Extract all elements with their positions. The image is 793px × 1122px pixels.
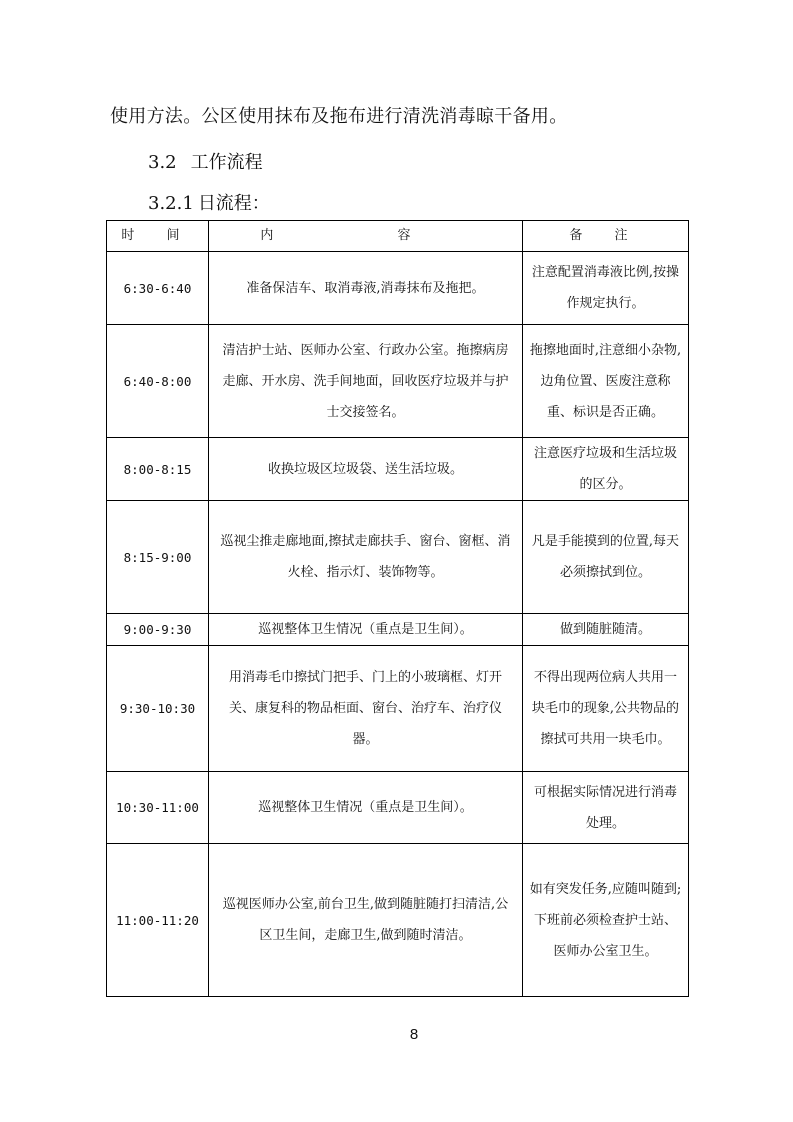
cell-content: 巡视尘推走廊地面,擦拭走廊扶手、窗台、窗框、消火栓、指示灯、装饰物等。 [209,501,523,614]
cell-content: 用消毒毛巾擦拭门把手、门上的小玻璃框、灯开关、康复科的物品柜面、窗台、治疗车、治… [209,646,523,772]
page-number: 8 [0,1026,793,1043]
cell-remark: 可根据实际情况进行消毒处理。 [523,772,689,844]
cell-content: 巡视整体卫生情况（重点是卫生间）。 [209,614,523,646]
cell-remark: 注意医疗垃圾和生活垃圾的区分。 [523,438,689,501]
section-number: 3.2 [148,152,177,173]
cell-time: 6:30-6:40 [107,252,209,325]
table-row: 8:00-8:15 收换垃圾区垃圾袋、送生活垃圾。 注意医疗垃圾和生活垃圾的区分… [107,438,689,501]
cell-time: 11:00-11:20 [107,844,209,997]
cell-content: 巡视医师办公室,前台卫生,做到随脏随打扫清洁,公区卫生间，走廊卫生,做到随时清洁… [209,844,523,997]
subsection-title: 日流程： [198,193,270,214]
cell-content: 清洁护士站、医师办公室、行政办公室。拖擦病房走廊、开水房、洗手间地面，回收医疗垃… [209,325,523,438]
cell-time: 10:30-11:00 [107,772,209,844]
table-row: 6:30-6:40 准备保洁车、取消毒液,消毒抹布及拖把。 注意配置消毒液比例,… [107,252,689,325]
table-row: 9:30-10:30 用消毒毛巾擦拭门把手、门上的小玻璃框、灯开关、康复科的物品… [107,646,689,772]
cell-time: 8:15-9:00 [107,501,209,614]
cell-remark: 不得出现两位病人共用一块毛巾的现象,公共物品的擦拭可共用一块毛巾。 [523,646,689,772]
cell-time: 6:40-8:00 [107,325,209,438]
table-header-row: 时 间 内 容 备 注 [107,221,689,252]
cell-content: 准备保洁车、取消毒液,消毒抹布及拖把。 [209,252,523,325]
table-row: 10:30-11:00 巡视整体卫生情况（重点是卫生间）。 可根据实际情况进行消… [107,772,689,844]
section-heading: 3.2工作流程 [148,148,263,174]
header-content: 内 容 [209,221,523,252]
intro-paragraph: 使用方法。公区使用抹布及拖布进行清洗消毒晾干备用。 [110,102,568,128]
cell-content: 收换垃圾区垃圾袋、送生活垃圾。 [209,438,523,501]
subsection-heading: 3.2.1日流程： [148,189,270,215]
table-row: 9:00-9:30 巡视整体卫生情况（重点是卫生间）。 做到随脏随清。 [107,614,689,646]
cell-time: 8:00-8:15 [107,438,209,501]
table-row: 11:00-11:20 巡视医师办公室,前台卫生,做到随脏随打扫清洁,公区卫生间… [107,844,689,997]
cell-time: 9:00-9:30 [107,614,209,646]
cell-remark: 如有突发任务,应随叫随到;下班前必须检查护士站、医师办公室卫生。 [523,844,689,997]
cell-remark: 拖擦地面时,注意细小杂物,边角位置、医废注意称重、标识是否正确。 [523,325,689,438]
cell-remark: 做到随脏随清。 [523,614,689,646]
header-remark: 备 注 [523,221,689,252]
cell-content: 巡视整体卫生情况（重点是卫生间）。 [209,772,523,844]
subsection-number: 3.2.1 [148,193,194,214]
section-title: 工作流程 [191,152,263,173]
table-row: 6:40-8:00 清洁护士站、医师办公室、行政办公室。拖擦病房走廊、开水房、洗… [107,325,689,438]
table-row: 8:15-9:00 巡视尘推走廊地面,擦拭走廊扶手、窗台、窗框、消火栓、指示灯、… [107,501,689,614]
cell-remark: 注意配置消毒液比例,按操作规定执行。 [523,252,689,325]
cell-remark: 凡是手能摸到的位置,每天必须擦拭到位。 [523,501,689,614]
cell-time: 9:30-10:30 [107,646,209,772]
daily-schedule-table: 时 间 内 容 备 注 6:30-6:40 准备保洁车、取消毒液,消毒抹布及拖把… [106,220,689,997]
header-time: 时 间 [107,221,209,252]
